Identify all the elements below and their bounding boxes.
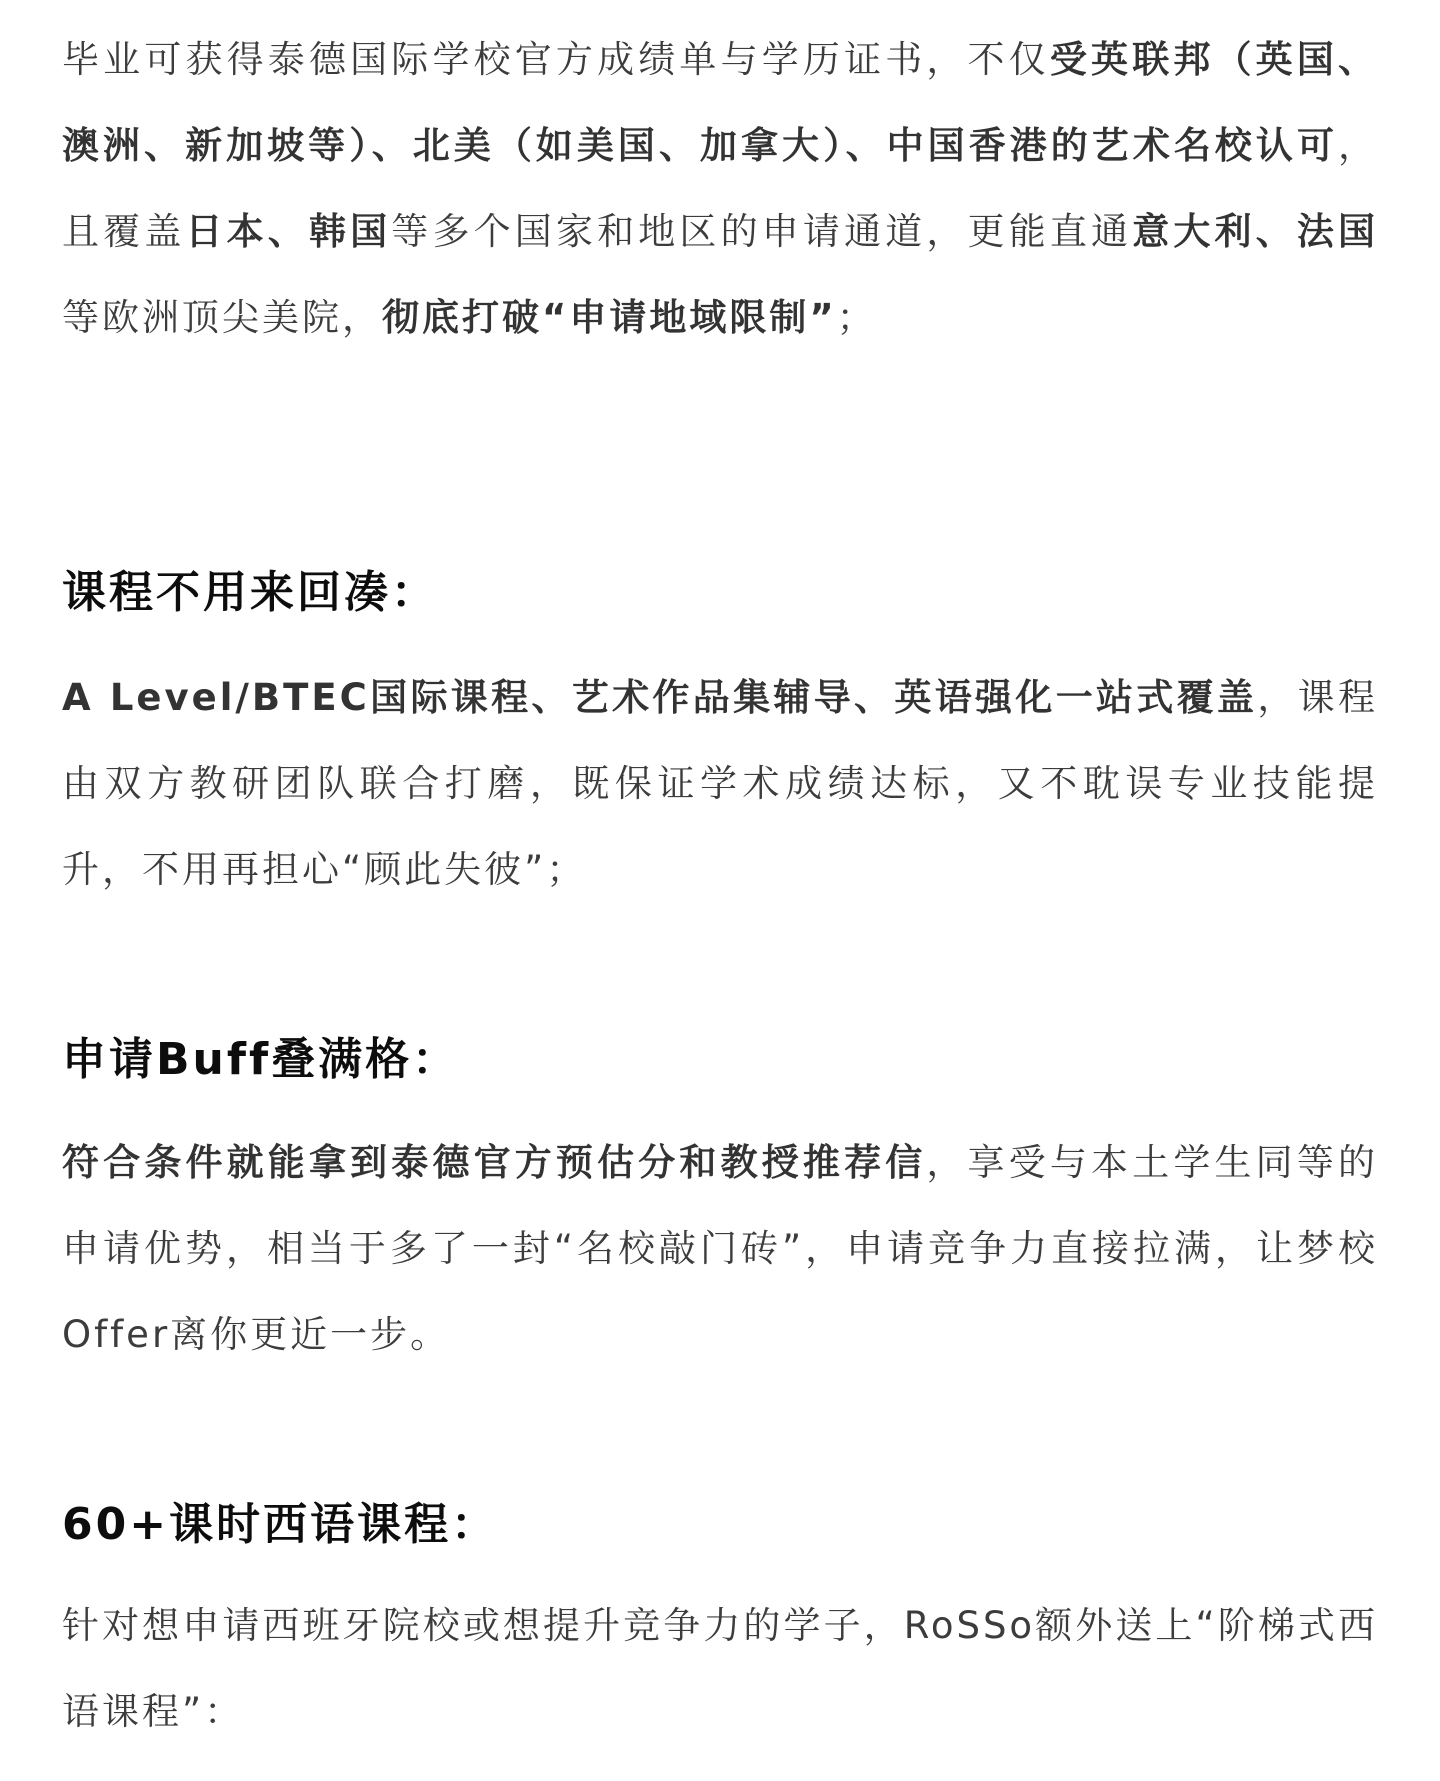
text-run: 针对想申请西班牙院校或想提升竞争力的学子，RoSSo额外送上“阶梯式西语课程”： bbox=[62, 1604, 1378, 1733]
text-run-bold: A Level/BTEC国际课程、艺术作品集辅导、英语强化一站式覆盖 bbox=[62, 676, 1257, 719]
text-run-bold: 彻底打破“申请地域限制” bbox=[382, 296, 837, 339]
text-run-bold: 日本、韩国 bbox=[185, 210, 391, 253]
paragraph-courses: A Level/BTEC国际课程、艺术作品集辅导、英语强化一站式覆盖，课程由双方… bbox=[62, 655, 1378, 913]
text-run: 等欧洲顶尖美院， bbox=[62, 296, 382, 339]
paragraph-application-buff: 符合条件就能拿到泰德官方预估分和教授推荐信，享受与本土学生同等的申请优势，相当于… bbox=[62, 1120, 1378, 1378]
section-heading-application-buff: 申请Buff叠满格： bbox=[62, 1030, 459, 1090]
text-run: 毕业可获得泰德国际学校官方成绩单与学历证书，不仅 bbox=[62, 38, 1050, 81]
paragraph-certificate-recognition: 毕业可获得泰德国际学校官方成绩单与学历证书，不仅受英联邦（英国、澳洲、新加坡等）… bbox=[62, 17, 1378, 361]
text-run-bold: 符合条件就能拿到泰德官方预估分和教授推荐信 bbox=[62, 1141, 926, 1184]
text-run: 等多个国家和地区的申请通道，更能直通 bbox=[391, 210, 1132, 253]
paragraph-spanish-course: 针对想申请西班牙院校或想提升竞争力的学子，RoSSo额外送上“阶梯式西语课程”： bbox=[62, 1583, 1378, 1755]
text-run-bold: 意大利、法国 bbox=[1132, 210, 1378, 253]
text-run: ； bbox=[837, 296, 877, 339]
section-heading-spanish-course: 60+课时西语课程： bbox=[62, 1495, 498, 1555]
section-heading-courses: 课程不用来回凑： bbox=[62, 563, 438, 623]
